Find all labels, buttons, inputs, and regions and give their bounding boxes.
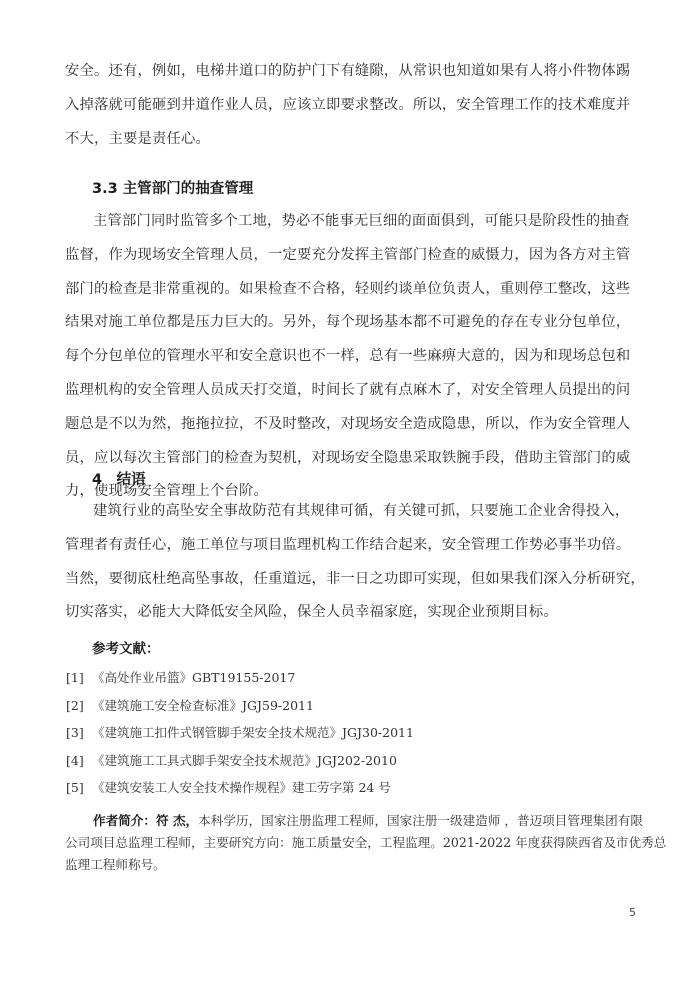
reference-number: [4] bbox=[66, 753, 92, 768]
section-heading-4: 4 结语 bbox=[92, 468, 146, 489]
text-line: 员，应以每次主管部门的检查为契机，对现场安全隐患采取铁腕手段，借助主管部门的威 bbox=[65, 442, 637, 476]
reference-text: 《建筑施工扣件式钢管脚手架安全技术规范》JGJ30-2011 bbox=[92, 725, 414, 740]
reference-number: [5] bbox=[66, 780, 92, 795]
text-line: 监督，作为现场安全管理人员，一定要充分发挥主管部门检查的威慑力，因为各方对主管 bbox=[65, 239, 637, 273]
reference-text: 《建筑施工安全检查标准》JGJ59-2011 bbox=[92, 698, 314, 713]
paragraph-continued: 安全。还有，例如，电梯井道口的防护门下有缝隙，从常识也知道如果有人将小件物体踢 … bbox=[65, 55, 637, 156]
bio-line: 监理工程师称号。 bbox=[65, 854, 640, 876]
text-line: 切实落实，必能大大降低安全风险，保全人员幸福家庭，实现企业预期目标。 bbox=[65, 596, 637, 630]
text-line: 题总是不以为然，拖拖拉拉，不及时整改，对现场安全造成隐患，所以，作为安全管理人 bbox=[65, 408, 637, 442]
author-bio: 作者简介：符 杰，本科学历，国家注册监理工程师，国家注册一级建造师 ，普迈项目管… bbox=[65, 810, 640, 876]
paragraph-4: 建筑行业的高坠安全事故防范有其规律可循，有关键可抓，只要施工企业舍得投入， 管理… bbox=[65, 495, 637, 630]
author-bio-label: 作者简介：符 杰， bbox=[93, 813, 198, 828]
text-line: 监理机构的安全管理人员成天打交道，时间长了就有点麻木了，对安全管理人员提出的问 bbox=[65, 374, 637, 408]
text-line: 入掉落就可能砸到井道作业人员，应该立即要求整改。所以，安全管理工作的技术难度并 bbox=[65, 89, 637, 123]
reference-text: 《建筑安装工人安全技术操作规程》建工劳字第 24 号 bbox=[92, 780, 391, 795]
bio-line: 作者简介：符 杰，本科学历，国家注册监理工程师，国家注册一级建造师 ，普迈项目管… bbox=[65, 810, 640, 832]
reference-text: 《建筑施工工具式脚手架安全技术规范》JGJ202-2010 bbox=[92, 753, 397, 768]
text-line: 当然，要彻底杜绝高坠事故，任重道远，非一日之功即可实现，但如果我们深入分析研究， bbox=[65, 563, 637, 597]
text-line: 不大，主要是责任心。 bbox=[65, 123, 637, 157]
references-title: 参考文献： bbox=[92, 637, 160, 657]
author-bio-text: 本科学历，国家注册监理工程师，国家注册一级建造师 ，普迈项目管理集团有限 bbox=[198, 813, 643, 828]
text-line: 结果对施工单位都是压力巨大的。另外，每个现场基本都不可避免的存在专业分包单位， bbox=[65, 306, 637, 340]
text-line: 建筑行业的高坠安全事故防范有其规律可循，有关键可抓，只要施工企业舍得投入， bbox=[65, 495, 637, 529]
text-line: 部门的检查是非常重视的。如果检查不合格，轻则约谈单位负责人，重则停工整改，这些 bbox=[65, 273, 637, 307]
text-line: 主管部门同时监管多个工地，势必不能事无巨细的面面俱到，可能只是阶段性的抽查 bbox=[65, 205, 637, 239]
reference-item: [5]《建筑安装工人安全技术操作规程》建工劳字第 24 号 bbox=[66, 778, 391, 796]
page-number: 5 bbox=[629, 906, 636, 919]
section-heading-3-3: 3.3 主管部门的抽查管理 bbox=[92, 177, 253, 198]
reference-item: [1]《高处作业吊篮》GBT19155-2017 bbox=[66, 668, 295, 686]
bio-line: 公司项目总监理工程师，主要研究方向：施工质量安全，工程监理。2021-2022 … bbox=[65, 832, 640, 854]
reference-item: [3]《建筑施工扣件式钢管脚手架安全技术规范》JGJ30-2011 bbox=[66, 723, 414, 741]
reference-item: [2]《建筑施工安全检查标准》JGJ59-2011 bbox=[66, 696, 314, 714]
reference-number: [2] bbox=[66, 698, 92, 713]
reference-number: [1] bbox=[66, 670, 92, 685]
text-line: 安全。还有，例如，电梯井道口的防护门下有缝隙，从常识也知道如果有人将小件物体踢 bbox=[65, 55, 637, 89]
reference-item: [4]《建筑施工工具式脚手架安全技术规范》JGJ202-2010 bbox=[66, 751, 397, 769]
paragraph-3-3: 主管部门同时监管多个工地，势必不能事无巨细的面面俱到，可能只是阶段性的抽查 监督… bbox=[65, 205, 637, 509]
reference-number: [3] bbox=[66, 725, 92, 740]
text-line: 管理者有责任心，施工单位与项目监理机构工作结合起来，安全管理工作势必事半功倍。 bbox=[65, 529, 637, 563]
text-line: 每个分包单位的管理水平和安全意识也不一样，总有一些麻痹大意的，因为和现场总包和 bbox=[65, 340, 637, 374]
reference-text: 《高处作业吊篮》GBT19155-2017 bbox=[92, 670, 295, 685]
document-page: 安全。还有，例如，电梯井道口的防护门下有缝隙，从常识也知道如果有人将小件物体踢 … bbox=[0, 0, 700, 990]
